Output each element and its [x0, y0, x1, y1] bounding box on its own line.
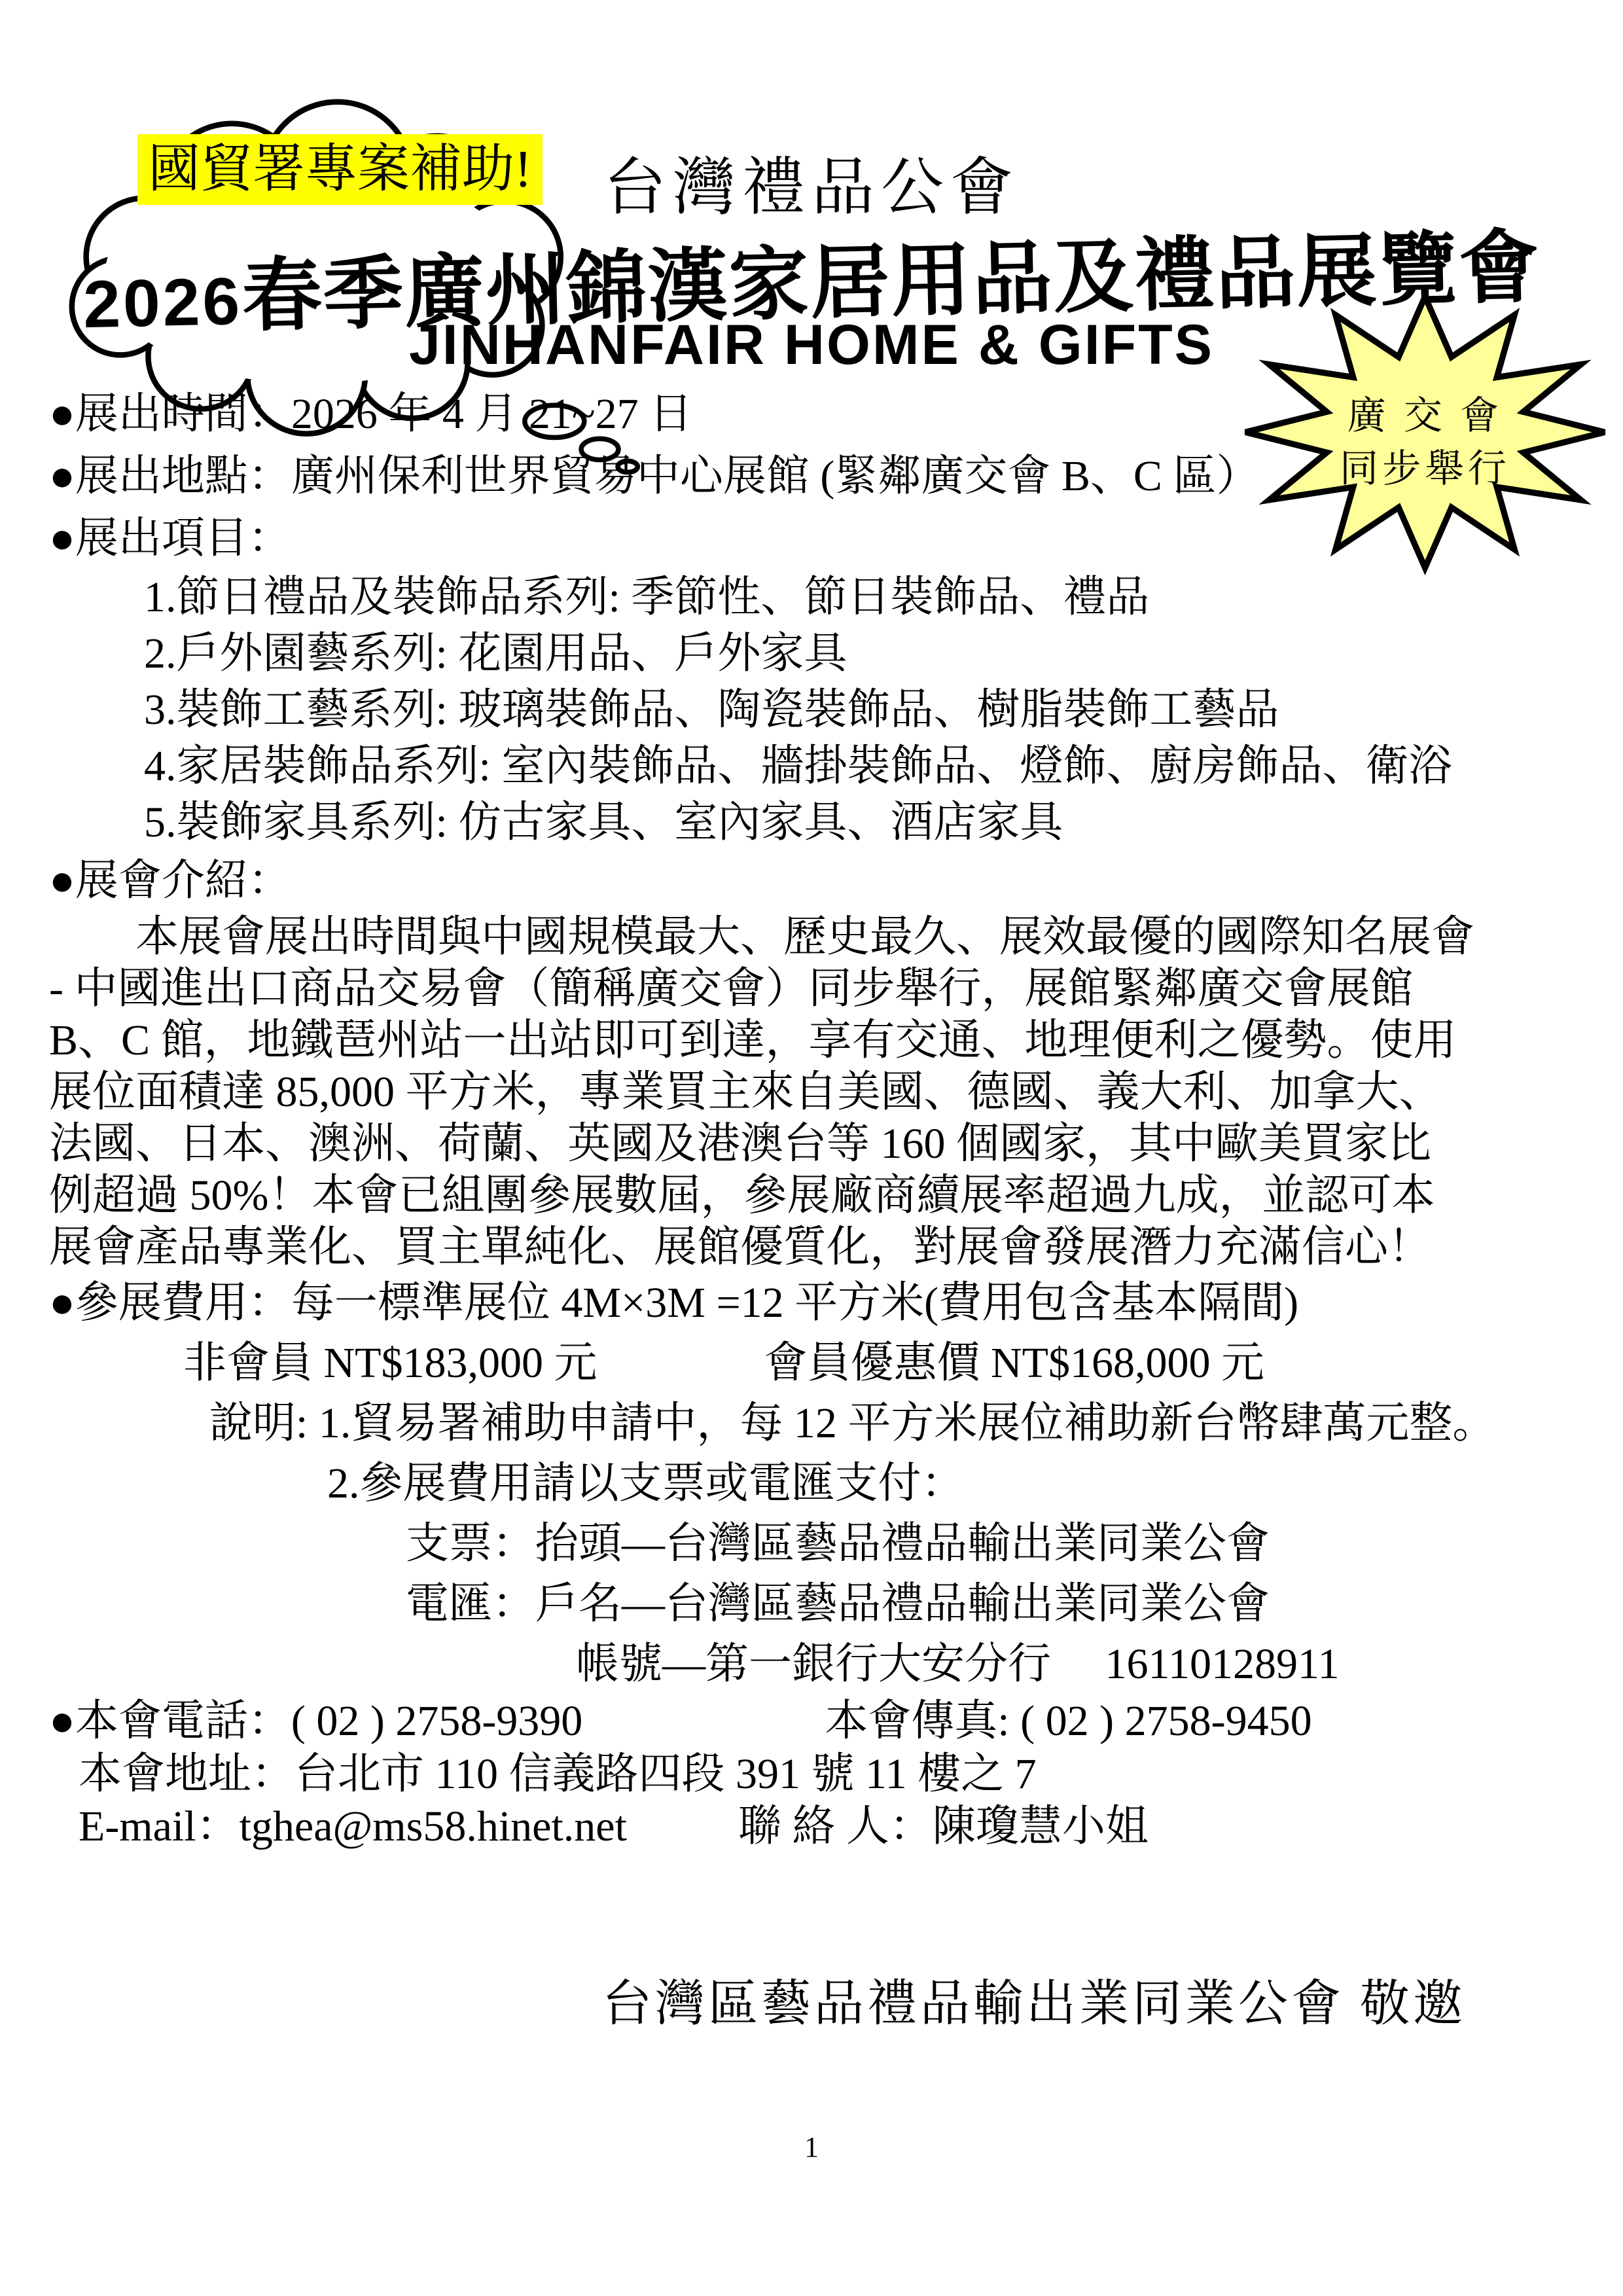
list-item: 2.戶外園藝系列: 花園用品、戶外家具	[144, 626, 1587, 682]
email-contact-row: E-mail：tghea@ms58.hinet.net 聯 絡 人：陳瓊慧小姐	[79, 1801, 1587, 1853]
intro-line: - 中國進出口商品交易會（簡稱廣交會）同步舉行，展館緊鄰廣交會展館	[49, 963, 1587, 1014]
intro-line: B、C 館，地鐵琶州站一出站即可到達，享有交通、地理便利之優勢。使用	[49, 1014, 1587, 1066]
starburst-line1: 廣 交 會	[1347, 394, 1503, 437]
list-item: 3.裝飾工藝系列: 玻璃裝飾品、陶瓷裝飾品、樹脂裝飾工藝品	[144, 682, 1587, 738]
intro-line: 展會產品專業化、買主單純化、展館優質化，對展會發展潛力充滿信心！	[49, 1221, 1587, 1273]
flyer-page: 國貿署專案補助! 台灣禮品公會 2026春季廣州錦漢家居用品及禮品展覽會 JIN…	[0, 0, 1623, 2296]
intro-line: 本展會展出時間與中國規模最大、歷史最久、展效最優的國際知名展會	[49, 911, 1587, 963]
address-line: 本會地址：台北市 110 信義路四段 391 號 11 樓之 7	[79, 1748, 1587, 1801]
fee-note-2: 2.參展費用請以支票或電匯支付：	[327, 1454, 1587, 1514]
email-address: E-mail：tghea@ms58.hinet.net	[79, 1801, 627, 1853]
exhibit-items-list: 1.節日禮品及裝飾品系列: 季節性、節日裝飾品、禮品 2.戶外園藝系列: 花園用…	[49, 569, 1587, 851]
intro-line: 例超過 50%！本會已組團參展數屆，參展廠商續展率超過九成，並認可本	[49, 1170, 1587, 1221]
list-item: 4.家居裝飾品系列: 室內裝飾品、牆掛裝飾品、燈飾、廚房飾品、衛浴	[144, 738, 1587, 795]
intro-paragraph: 本展會展出時間與中國規模最大、歷史最久、展效最優的國際知名展會 - 中國進出口商…	[49, 911, 1587, 1273]
intro-line: 展位面積達 85,000 平方米，專業買主來自美國、德國、義大利、加拿大、	[49, 1066, 1587, 1118]
fax-number: 本會傳真: ( 02 ) 2758-9450	[825, 1695, 1311, 1748]
starburst-badge: 廣 交 會 同步舉行	[1240, 293, 1610, 578]
intro-line: 法國、日本、澳洲、荷蘭、英國及港澳台等 160 個國家，其中歐美買家比	[49, 1118, 1587, 1170]
fee-member: 會員優惠價 NT$168,000 元	[764, 1333, 1264, 1393]
payment-account: 帳號—第一銀行大安分行 16110128911	[576, 1634, 1587, 1695]
phone-fax-row: ●本會電話：( 02 ) 2758-9390 本會傳真: ( 02 ) 2758…	[49, 1695, 1587, 1748]
fee-nonmember: 非會員 NT$183,000 元	[183, 1333, 597, 1393]
fee-label: ●參展費用：每一標準展位 4M×3M =12 平方米(費用包含基本隔間)	[49, 1273, 1587, 1333]
fee-note-1: 說明: 1.貿易署補助申請中，每 12 平方米展位補助新台幣肆萬元整。	[209, 1393, 1587, 1454]
intro-label: ●展會介紹：	[49, 851, 1587, 911]
phone-number: ●本會電話：( 02 ) 2758-9390	[49, 1695, 582, 1748]
list-item: 5.裝飾家具系列: 仿古家具、室內家具、酒店家具	[144, 795, 1587, 851]
starburst-line2: 同步舉行	[1340, 447, 1510, 490]
body-content: ●展出時間：2026 年 4 月 21~27 日 ●展出地點：廣州保利世界貿易中…	[49, 383, 1587, 1853]
fee-row: 非會員 NT$183,000 元 會員優惠價 NT$168,000 元	[183, 1333, 1587, 1393]
page-number: 1	[0, 2130, 1623, 2164]
payment-wire: 電匯：戶名—台灣區藝品禮品輸出業同業公會	[406, 1574, 1587, 1634]
payment-check: 支票：抬頭—台灣區藝品禮品輸出業同業公會	[406, 1514, 1587, 1574]
contact-person: 聯 絡 人：陳瓊慧小姐	[738, 1801, 1149, 1853]
signature-line: 台灣區藝品禮品輸出業同業公會 敬邀	[602, 1964, 1466, 2035]
